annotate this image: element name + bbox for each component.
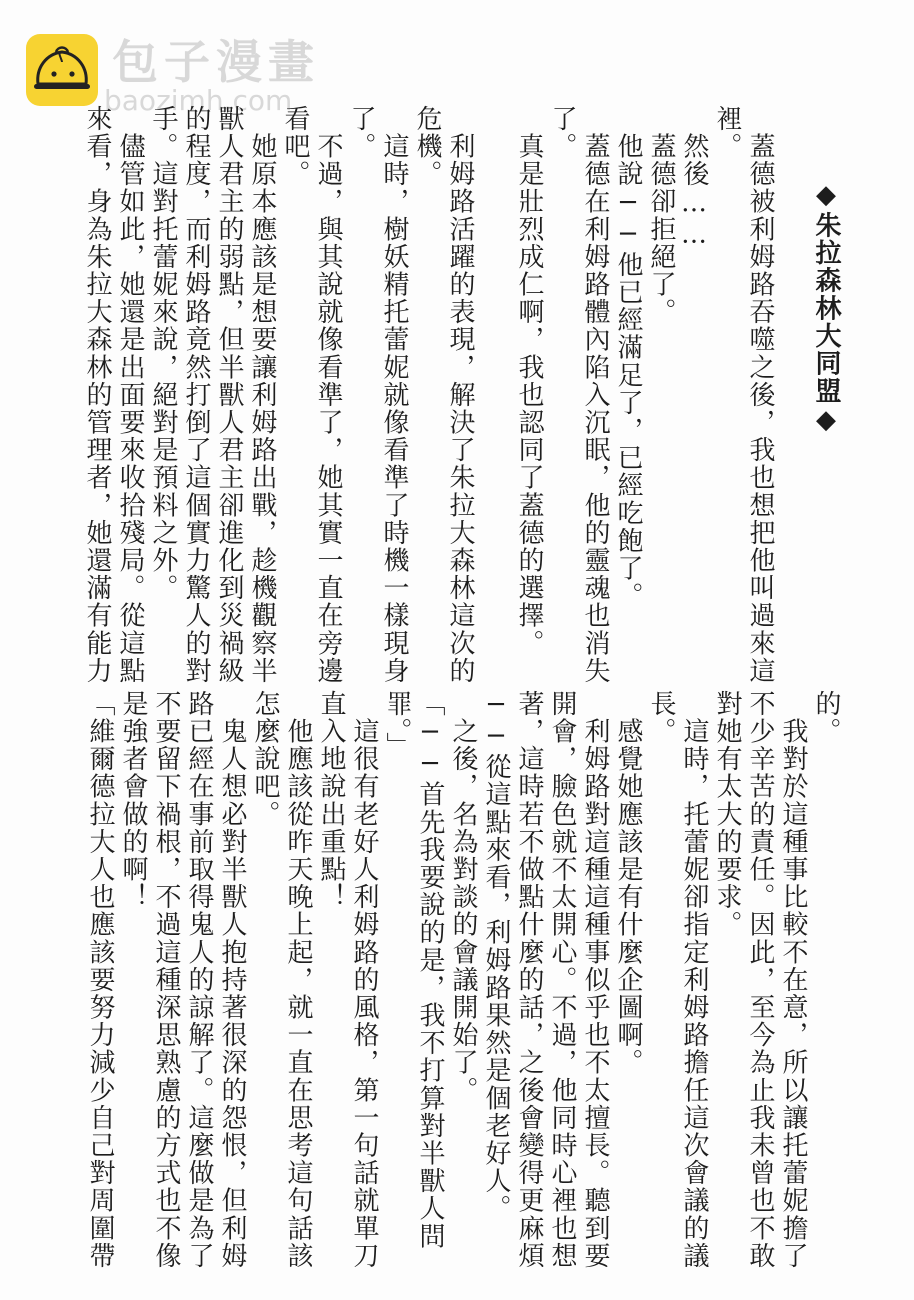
text-column: 「維爾德拉大人也應該要努力減少自己對周圍帶 bbox=[85, 690, 115, 1210]
text-column: 她原本應該是想要讓利姆路出戰，趁機觀察半 bbox=[247, 105, 277, 625]
baozi-logo-icon bbox=[26, 34, 98, 106]
text-column: 開會，臉色就不太開心。不過，他同時心裡也想 bbox=[547, 690, 577, 1210]
novel-page: 包子漫畫 baozimh.com ◆朱拉森林大同盟◆ 蓋德被利姆路吞噬之後，我也… bbox=[0, 0, 914, 1300]
text-column: ──從這點來看，利姆路果然是個老好人。 bbox=[481, 690, 511, 1210]
text-column: 手。這對托蕾妮來說，絕對是預料之外。 bbox=[148, 105, 178, 625]
text-column: 真是壯烈成仁啊，我也認同了蓋德的選擇。 bbox=[514, 105, 544, 625]
text-column: 不少辛苦的責任。因此，至今為止我未曾也不敢 bbox=[745, 690, 775, 1210]
text-column: 是強者會做的啊！ bbox=[118, 690, 148, 1210]
text-column: 蓋德被利姆路吞噬之後，我也想把他叫過來這 bbox=[745, 105, 775, 625]
text-column: 怎麼說吧。 bbox=[250, 690, 280, 1210]
text-column: 他說──他已經滿足了，已經吃飽了。 bbox=[613, 105, 643, 625]
text-column: 了。 bbox=[547, 105, 577, 625]
text-column: 我對於這種事比較不在意，所以讓托蕾妮擔了 bbox=[778, 690, 808, 1210]
text-column: 來看，身為朱拉大森林的管理者，她還滿有能力 bbox=[82, 105, 112, 625]
text-column: 這時，托蕾妮卻指定利姆路擔任這次會議的議 bbox=[679, 690, 709, 1210]
text-column: 感覺她應該是有什麼企圖啊。 bbox=[613, 690, 643, 1210]
text-column: 不要留下禍根，不過這種深思熟慮的方式也不像 bbox=[151, 690, 181, 1210]
text-column: 蓋德在利姆路體內陷入沉眠，他的靈魂也消失 bbox=[580, 105, 610, 625]
text-column: 獸人君主的弱點，但半獸人君主卻進化到災禍級 bbox=[214, 105, 244, 625]
text-column: 這時，樹妖精托蕾妮就像看準了時機一樣現身 bbox=[379, 105, 409, 625]
watermark-site-name: 包子漫畫 bbox=[112, 34, 320, 90]
text-column: 的程度，而利姆路竟然打倒了這個實力驚人的對 bbox=[181, 105, 211, 625]
text-column: 對她有太大的要求。 bbox=[712, 690, 742, 1210]
text-column: 利姆路活躍的表現，解決了朱拉大森林這次的 bbox=[445, 105, 475, 625]
text-column: 他應該從昨天晚上起，就一直在思考這句話該 bbox=[283, 690, 313, 1210]
text-column: 這很有老好人利姆路的風格，第一句話就單刀 bbox=[349, 690, 379, 1210]
section-heading: ◆朱拉森林大同盟◆ bbox=[811, 180, 841, 700]
text-column: 然後…… bbox=[679, 105, 709, 625]
text-column: 著，這時若不做點什麼的話，之後會變得更麻煩 bbox=[514, 690, 544, 1210]
text-column: 的。 bbox=[811, 690, 841, 1210]
text-column: 直入地說出重點！ bbox=[316, 690, 346, 1210]
text-column: 罪。」 bbox=[382, 690, 412, 1210]
text-column: 鬼人想必對半獸人抱持著很深的怨恨，但利姆 bbox=[217, 690, 247, 1210]
text-column: 了。 bbox=[346, 105, 376, 625]
text-column: 看吧。 bbox=[280, 105, 310, 625]
text-column: 路已經在事前取得鬼人的諒解了。這麼做是為了 bbox=[184, 690, 214, 1210]
text-column: 利姆路對這種這種事似乎也不太擅長。聽到要 bbox=[580, 690, 610, 1210]
text-column: 危機。 bbox=[412, 105, 442, 625]
text-column: 蓋德卻拒絕了。 bbox=[646, 105, 676, 625]
text-column: 「──首先我要說的是，我不打算對半獸人問 bbox=[415, 690, 445, 1210]
text-column: 不過，與其說就像看準了，她其實一直在旁邊 bbox=[313, 105, 343, 625]
text-column: 裡。 bbox=[712, 105, 742, 625]
text-column: 長。 bbox=[646, 690, 676, 1210]
text-column: 儘管如此，她還是出面要來收拾殘局。從這點 bbox=[115, 105, 145, 625]
text-column: 之後，名為對談的會議開始了。 bbox=[448, 690, 478, 1210]
